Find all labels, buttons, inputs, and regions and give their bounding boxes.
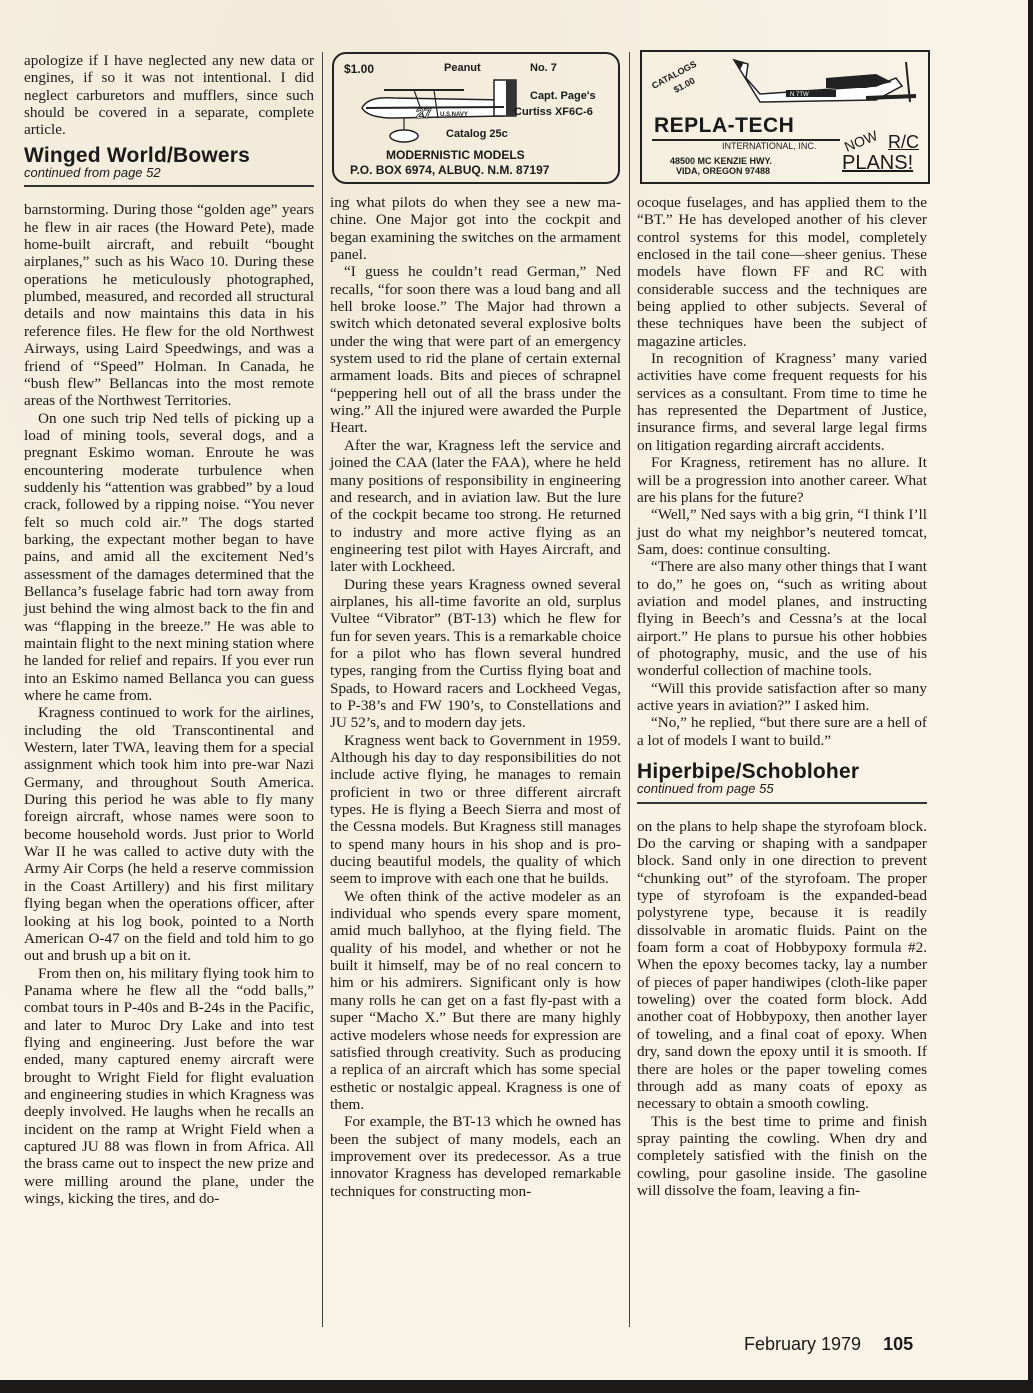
ad-rc: R/C [888,132,919,153]
ad-address2: VIDA, OREGON 97488 [676,166,770,176]
paragraph: barnstorming. During those “golden age” … [24,201,314,409]
ad-repla-tech: CATALOGS $1.00 N 7TW REPLA-TECH INTERNAT… [640,50,930,184]
ad-brand-sub: INTERNATIONAL, INC. [722,141,816,151]
column-3: ocoque fuselages, and has applied them t… [637,194,927,1199]
section-title-hiperbipe: Hiperbipe/Schobloher [637,763,927,780]
column-divider [322,52,323,1327]
intro-paragraph: apologize if I have neglected any new da… [24,52,314,139]
paragraph: ing what pilots do when they see a new m… [330,194,621,263]
paragraph: After the war, Kragness left the service… [330,437,621,576]
ad-series: Peanut [444,62,481,74]
column-1: apologize if I have neglected any new da… [24,52,314,1207]
paragraph: “I guess he couldn’t read German,” Ned r… [330,263,621,436]
paragraph: Kragness went back to Government in 1959… [330,732,621,888]
paragraph: We often think of the active modeler as … [330,888,621,1113]
ad-address1: 48500 MC KENZIE HWY. [670,156,772,166]
ad-subject-line2: Curtiss XF6C-6 [514,106,593,118]
section-title-winged-world: Winged World/Bowers [24,147,314,164]
paragraph: This is the best time to prime and finis… [637,1113,927,1200]
column-divider [629,52,630,1327]
svg-text:U.S.NAVY: U.S.NAVY [440,112,468,118]
column-2: ing what pilots do when they see a new m… [330,194,621,1200]
paragraph: In recognition of Kragness’ many varied … [637,350,927,454]
paragraph: on the plans to help shape the styrofoam… [637,818,927,1113]
page-number: 105 [883,1334,913,1354]
ad-modernistic-models: $1.00 Peanut No. 7 27 U.S.NAVY Capt. Pag… [332,52,620,184]
paragraph: “There are also many other things that I… [637,558,927,679]
paragraph: ocoque fuselages, and has applied them t… [637,194,927,350]
paragraph: Kragness continued to work for the airli… [24,704,314,964]
paragraph: “No,” he replied, “but there sure are a … [637,714,927,749]
paragraph: For example, the BT-13 which he owned ha… [330,1113,621,1200]
issue-date: February 1979 [744,1334,861,1354]
paragraph: From then on, his military flying took h… [24,965,314,1208]
ad-catalog: Catalog 25c [446,128,508,140]
ad-plans: PLANS! [842,152,913,175]
paragraph: “Well,” Ned says with a big grin, “I thi… [637,506,927,558]
svg-text:27: 27 [416,105,432,121]
magazine-page: apologize if I have neglected any new da… [0,0,1028,1380]
paragraph: “Will this provide satisfaction after so… [637,680,927,715]
page-footer: February 1979105 [744,1334,913,1355]
ad-number: No. 7 [530,62,557,74]
svg-text:N 7TW: N 7TW [790,92,809,98]
monoplane-illustration-icon: N 7TW [726,56,921,114]
ad-address: P.O. BOX 6974, ALBUQ. N.M. 87197 [350,163,549,177]
paragraph: For Kragness, retirement has no allure. … [637,454,927,506]
paragraph: During these years Kragness owned sev­er… [330,576,621,732]
paragraph: On one such trip Ned tells of picking up… [24,410,314,705]
ad-brand: REPLA-TECH [654,114,794,138]
ad-now: NOW [842,127,880,155]
ad-subject-line1: Capt. Page's [530,90,596,102]
ad-company: MODERNISTIC MODELS [386,148,525,162]
